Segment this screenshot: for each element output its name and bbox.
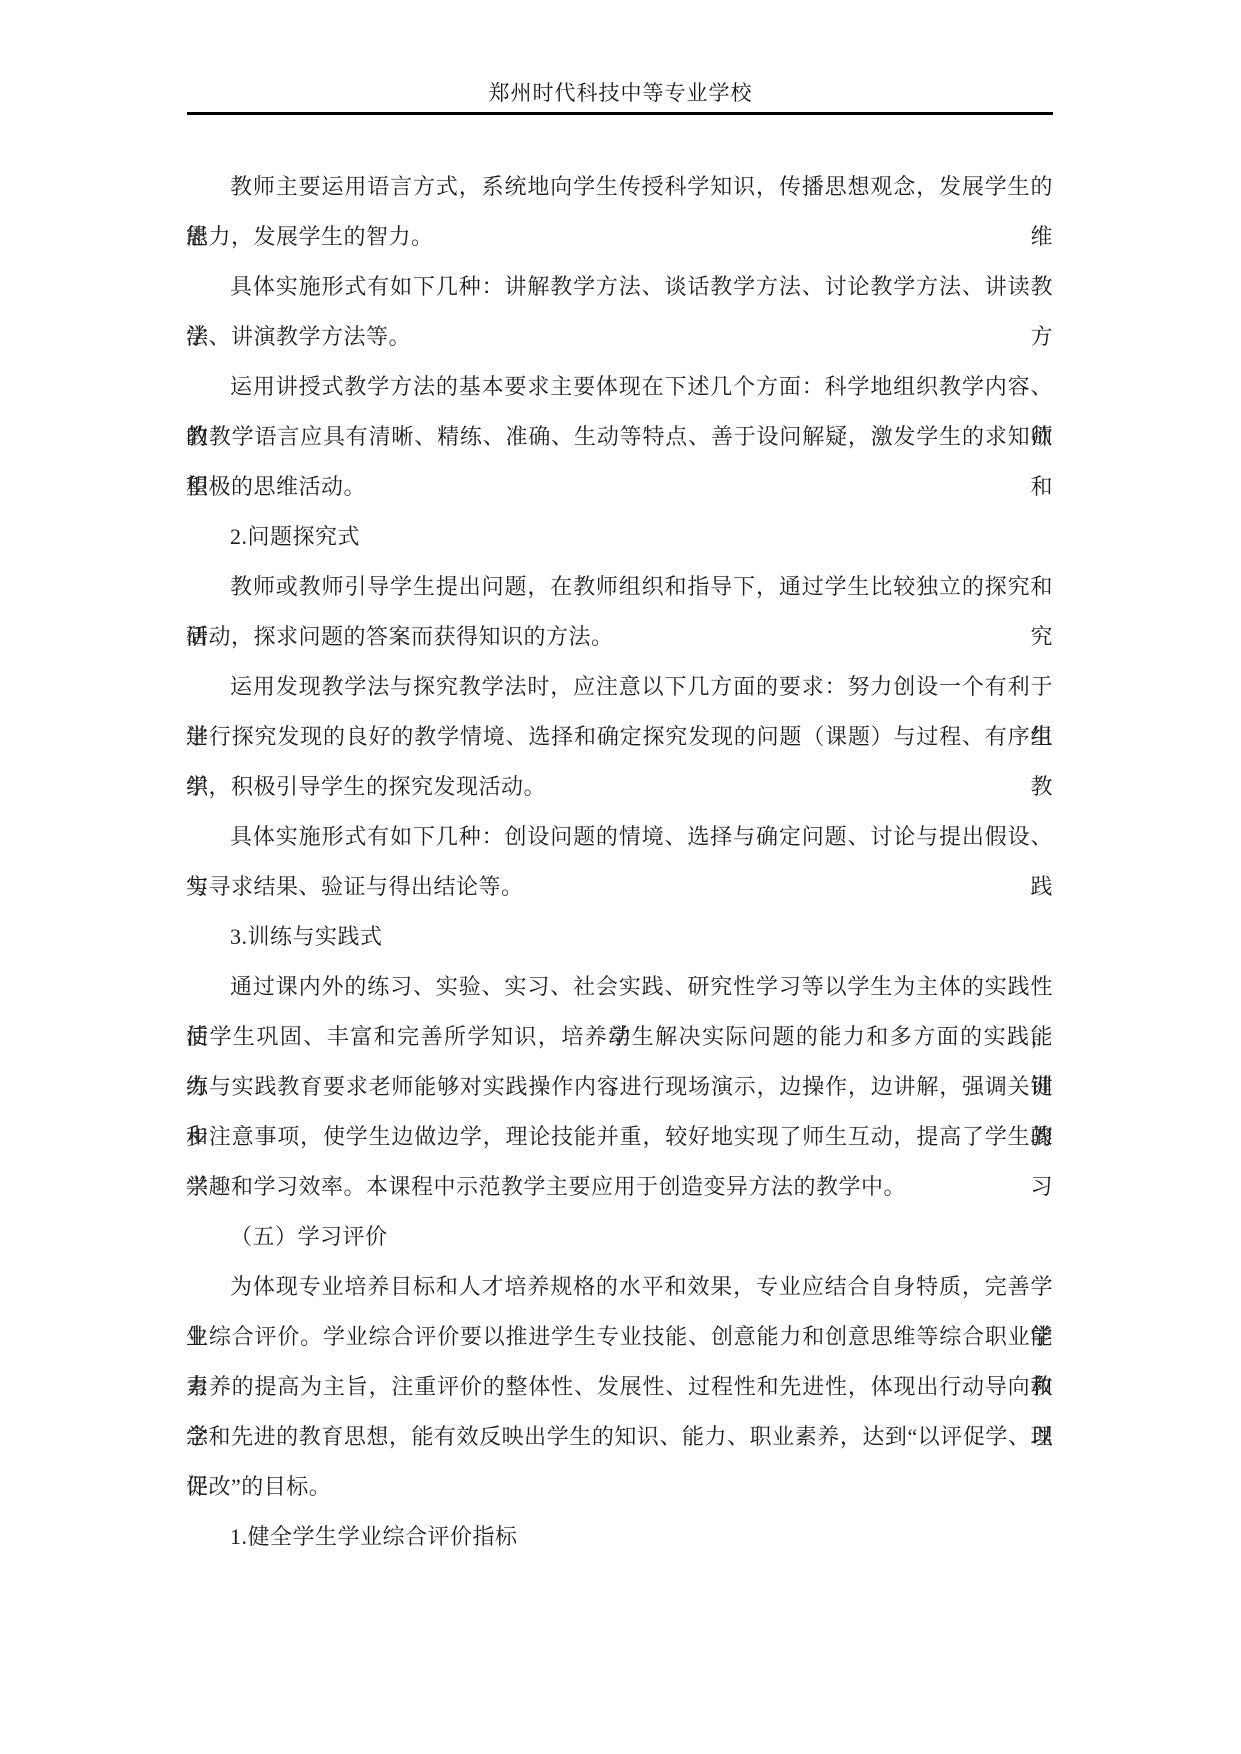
text-line: 3.训练与实践式	[186, 912, 1053, 962]
text-line: 为体现专业培养目标和人才培养规格的水平和效果，专业应结合自身特质，完善学生学	[186, 1262, 1053, 1312]
header-title: 郑州时代科技中等专业学校	[0, 78, 1241, 108]
text-line: 运用讲授式教学方法的基本要求主要体现在下述几个方面：科学地组织教学内容、教师	[186, 362, 1053, 412]
text-line: 教师或教师引导学生提出问题，在教师组织和指导下，通过学生比较独立的探究和研究	[186, 562, 1053, 612]
text-line: 1.健全学生学业综合评价指标	[186, 1512, 1053, 1562]
document-body: 教师主要运用语言方式，系统地向学生传授科学知识，传播思想观念，发展学生的思维能力…	[186, 162, 1053, 1562]
text-line: 念和先进的教育思想，能有效反映出学生的知识、能力、职业素养，达到“以评促学、以促	[186, 1412, 1053, 1462]
text-line: 使学生巩固、丰富和完善所学知识，培养学生解决实际问题的能力和多方面的实践能力。训	[186, 1012, 1053, 1062]
text-line: 通过课内外的练习、实验、实习、社会实践、研究性学习等以学生为主体的实践性活动，	[186, 962, 1053, 1012]
text-line: 具体实施形式有如下几种：创设问题的情境、选择与确定问题、讨论与提出假设、实践	[186, 812, 1053, 862]
text-line: 素养的提高为主旨，注重评价的整体性、发展性、过程性和先进性，体现出行动导向教学理	[186, 1362, 1053, 1412]
text-line: 教师主要运用语言方式，系统地向学生传授科学知识，传播思想观念，发展学生的思维	[186, 162, 1053, 212]
text-line: 进行探究发现的良好的教学情境、选择和确定探究发现的问题（课题）与过程、有序组织教	[186, 712, 1053, 762]
text-line: 评改”的目标。	[186, 1462, 1053, 1512]
text-line: 2.问题探究式	[186, 512, 1053, 562]
text-line: 业综合评价。学业综合评价要以推进学生专业技能、创意能力和创意思维等综合职业能力和	[186, 1312, 1053, 1362]
document-page: 郑州时代科技中等专业学校 教师主要运用语言方式，系统地向学生传授科学知识，传播思…	[0, 0, 1241, 1754]
text-line: 和注意事项，使学生边做边学，理论技能并重，较好地实现了师生互动，提高了学生的学习	[186, 1112, 1053, 1162]
text-line: 具体实施形式有如下几种：讲解教学方法、谈话教学方法、讨论教学方法、讲读教学方	[186, 262, 1053, 312]
text-line: （五）学习评价	[186, 1212, 1053, 1262]
text-line: 运用发现教学法与探究教学法时，应注意以下几方面的要求：努力创设一个有利于学生	[186, 662, 1053, 712]
text-line: 练与实践教育要求老师能够对实践操作内容进行现场演示，边操作，边讲解，强调关键步骤	[186, 1062, 1053, 1112]
text-line: 的教学语言应具有清晰、精练、准确、生动等特点、善于设问解疑，激发学生的求知欲望和	[186, 412, 1053, 462]
header-rule	[187, 112, 1053, 115]
